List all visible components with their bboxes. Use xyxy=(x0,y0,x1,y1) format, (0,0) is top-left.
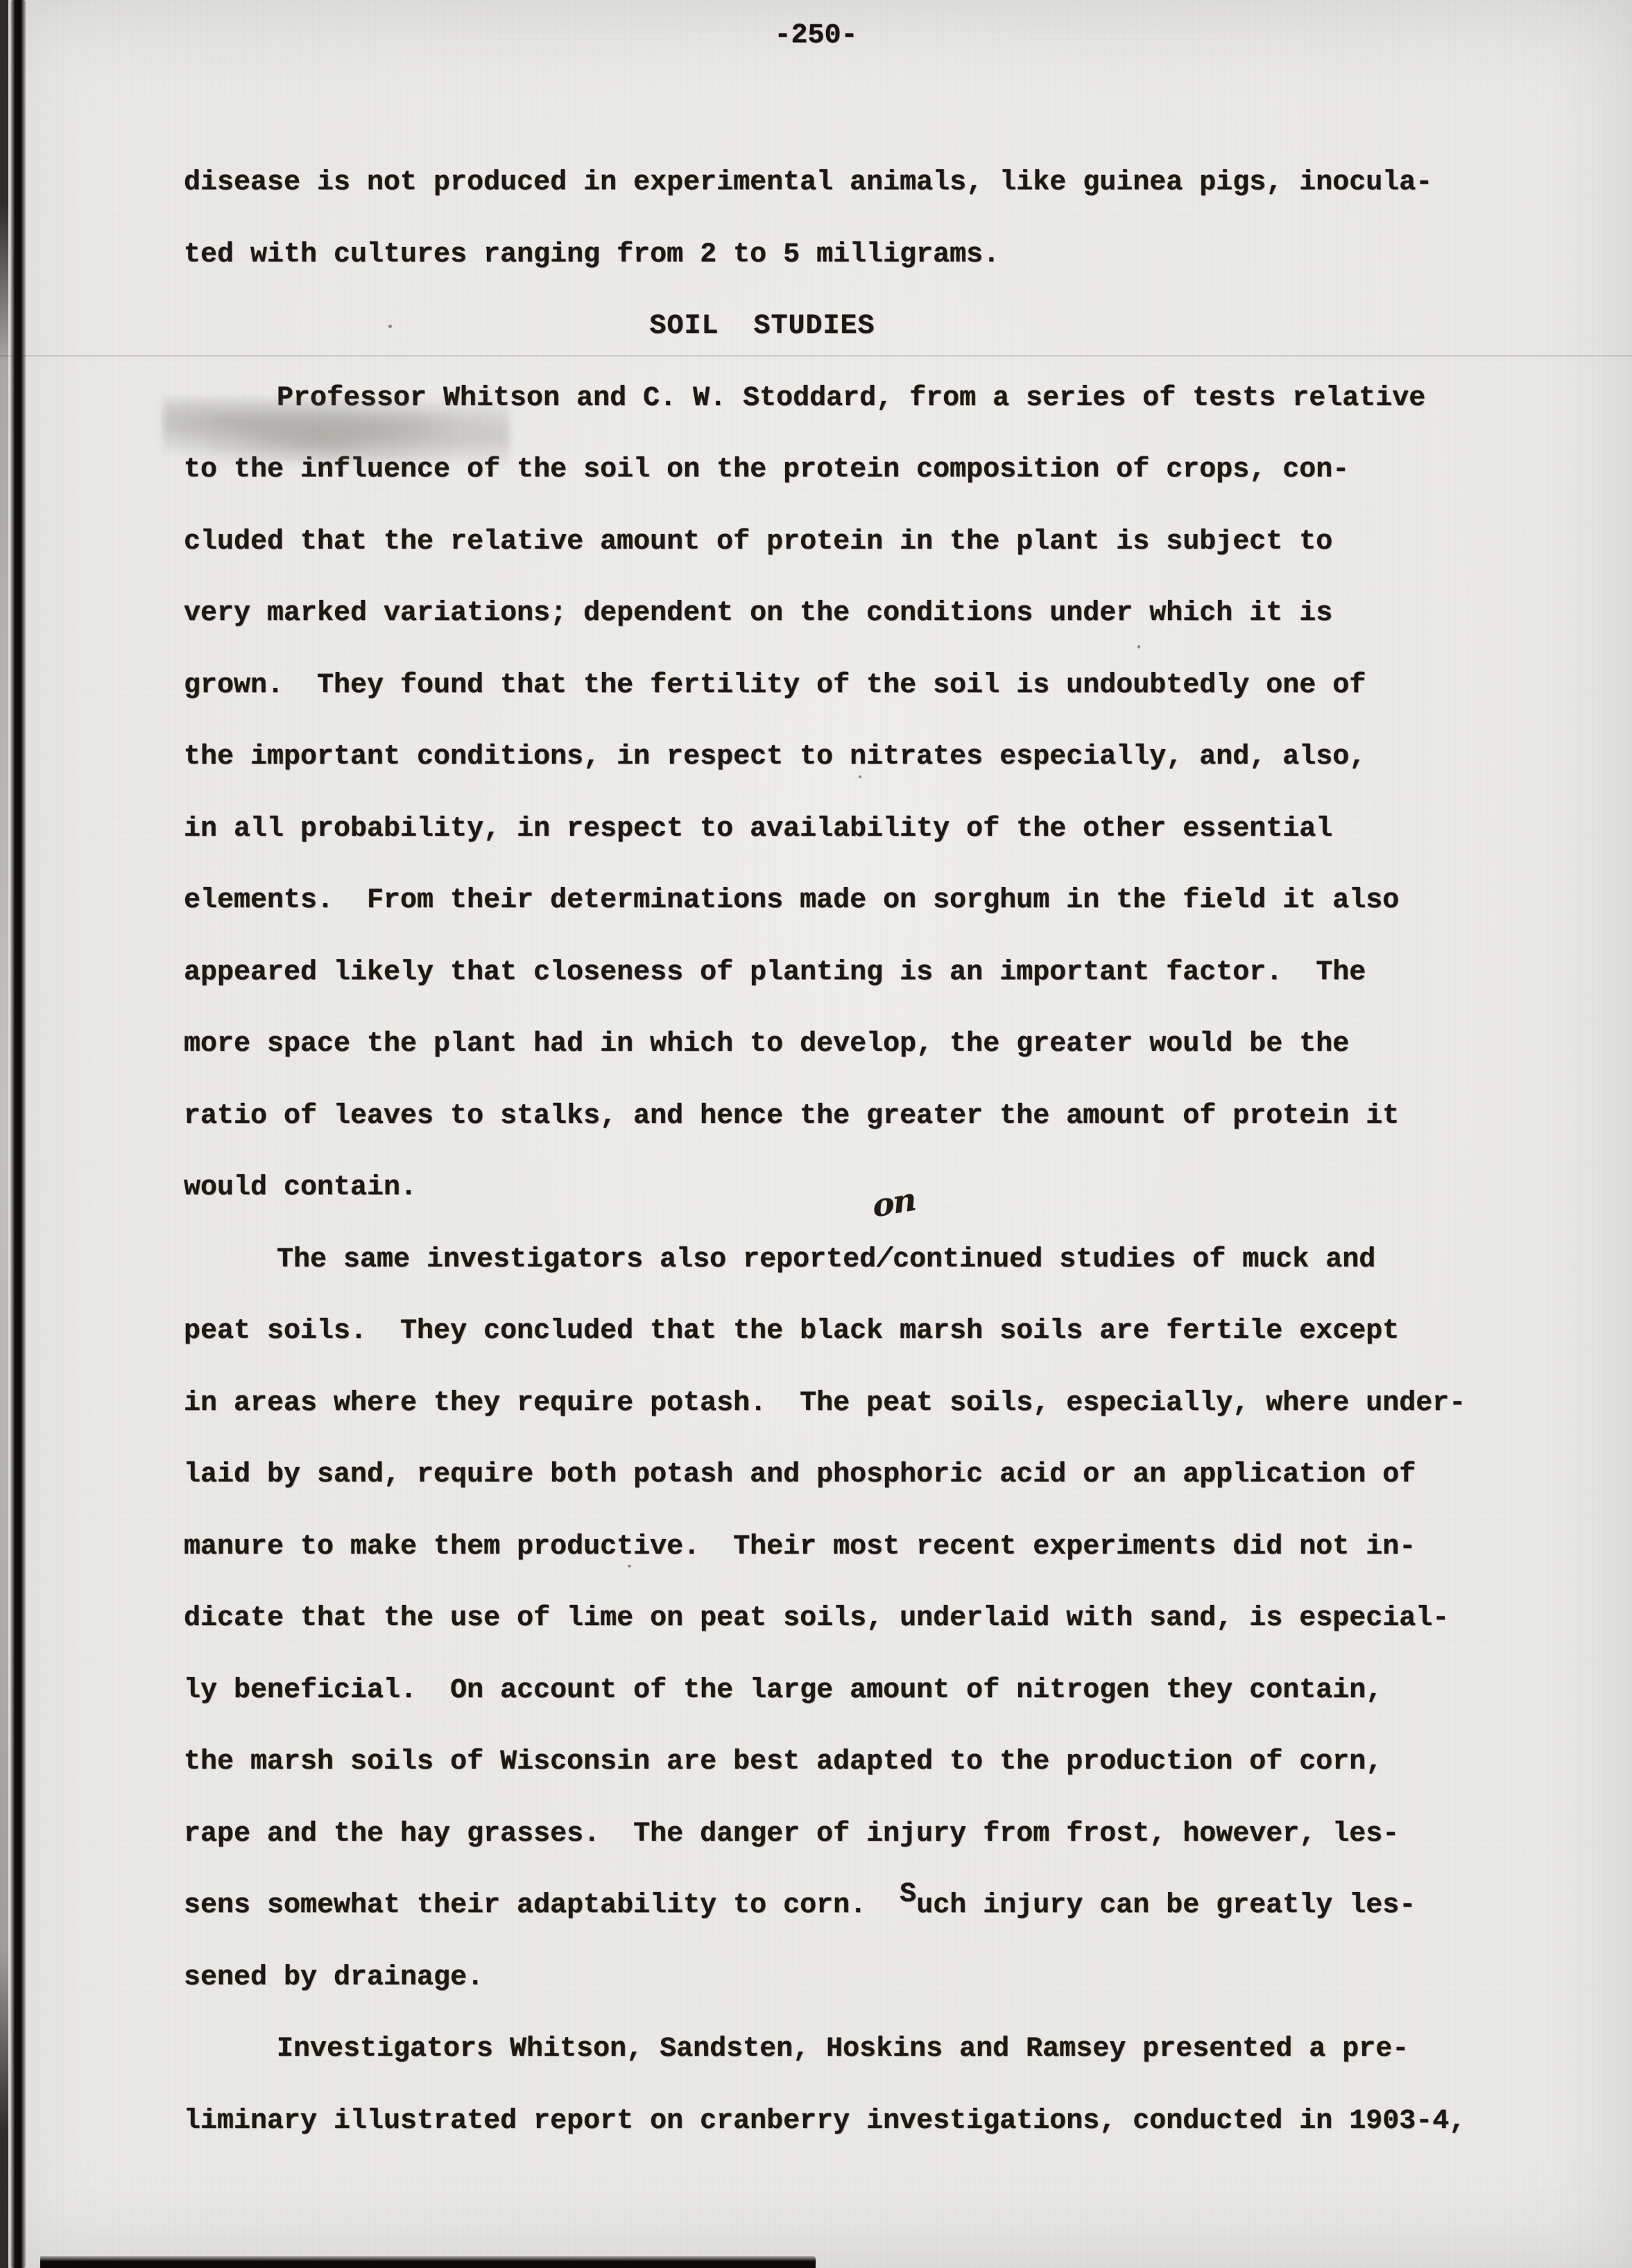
raised-character: S xyxy=(900,1879,916,1910)
scan-edge-left xyxy=(10,0,26,2268)
crease-line xyxy=(0,355,1632,356)
text-line: ly beneficial. On account of the large a… xyxy=(184,1655,1486,1727)
text-line: cluded that the relative amount of prote… xyxy=(184,506,1486,578)
text-line: ted with cultures ranging from 2 to 5 mi… xyxy=(184,219,1486,291)
text-line: more space the plant had in which to dev… xyxy=(184,1008,1486,1081)
handwritten-insertion: on xyxy=(871,1183,917,1221)
text-line: Investigators Whitson, Sandsten, Hoskins… xyxy=(184,2013,1486,2086)
text-line: in all probability, in respect to availa… xyxy=(184,793,1486,866)
page-number: -250- xyxy=(0,17,1632,55)
scan-speck xyxy=(1137,645,1140,648)
text-line: would contain. xyxy=(184,1152,1486,1224)
scan-speck xyxy=(628,1565,631,1567)
scanned-page: -250- disease is not produced in experim… xyxy=(0,0,1632,2268)
text-line: very marked variations; dependent on the… xyxy=(184,578,1486,650)
text-line: disease is not produced in experimental … xyxy=(184,147,1486,219)
text-line: sens somewhat their adaptability to corn… xyxy=(184,1870,1486,1942)
text-line: ratio of leaves to stalks, and hence the… xyxy=(184,1081,1486,1153)
text-line: appeared likely that closeness of planti… xyxy=(184,937,1486,1009)
text-line: liminary illustrated report on cranberry… xyxy=(184,2086,1486,2158)
scan-edge-bottom xyxy=(40,2256,816,2268)
scan-edge-left-outer xyxy=(0,0,8,2268)
ink-bleed-smudge xyxy=(163,399,510,463)
text-line: sened by drainage. xyxy=(184,1942,1486,2014)
text-line: manure to make them productive. Their mo… xyxy=(184,1511,1486,1583)
text-line: in areas where they require potash. The … xyxy=(184,1368,1486,1440)
text-line: the marsh soils of Wisconsin are best ad… xyxy=(184,1726,1486,1798)
text-line: grown. They found that the fertility of … xyxy=(184,650,1486,722)
text-line: the important conditions, in respect to … xyxy=(184,721,1486,793)
text-line: rape and the hay grasses. The danger of … xyxy=(184,1798,1486,1871)
text-line: The same investigators also reported/onc… xyxy=(184,1224,1486,1296)
text-line: peat soils. They concluded that the blac… xyxy=(184,1296,1486,1368)
text-line: dicate that the use of lime on peat soil… xyxy=(184,1583,1486,1655)
scan-speck xyxy=(388,325,392,328)
scan-speck xyxy=(859,775,861,778)
section-heading: SOIL STUDIES xyxy=(111,291,1414,363)
text-line: laid by sand, require both potash and ph… xyxy=(184,1439,1486,1511)
text-line: elements. From their determinations made… xyxy=(184,865,1486,937)
